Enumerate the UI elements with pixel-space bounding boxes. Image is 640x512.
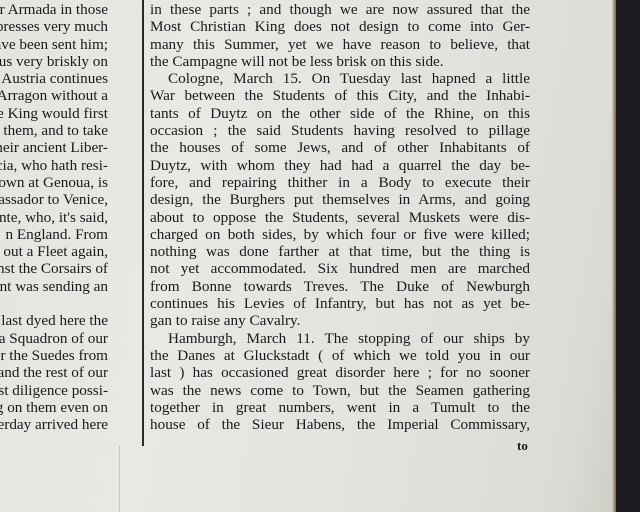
- text-line: the King would first: [0, 105, 108, 122]
- catchword: to: [517, 438, 528, 454]
- text-line: design, the Burghers put themselves in A…: [150, 191, 530, 208]
- text-line: tants of Duytz on the other side of the …: [150, 105, 530, 122]
- faint-fold-line: [119, 446, 120, 512]
- text-line: many this Summer, yet we have reason to …: [150, 36, 530, 53]
- text-line: the houses of some Jews, and of other In…: [150, 139, 530, 156]
- text-line: rcia, who hath resi-: [0, 157, 108, 174]
- text-line: War between the Students of this City, a…: [150, 87, 530, 104]
- text-line: the Campagne will not be less brisk on t…: [150, 53, 530, 70]
- text-line: g on them even on: [0, 399, 108, 416]
- text-line: occasion ; the said Students having reso…: [150, 122, 530, 139]
- left-column: ur Armada in those presses very much hav…: [0, 1, 108, 433]
- paper-edge: [612, 0, 616, 512]
- text-line: presses very much: [0, 18, 108, 35]
- text-line: gan to raise any Cavalry.: [150, 312, 530, 329]
- text-line: about to oppose the Students, several Mu…: [150, 209, 530, 226]
- right-column: in these parts ; and though we are now a…: [150, 1, 530, 433]
- text-line: a Squadron of our: [0, 330, 108, 347]
- text-line: have been sent him;: [0, 36, 108, 53]
- dateline-cologne: Cologne, March 15. On Tuesday last hapne…: [150, 70, 530, 87]
- text-line: terday arrived here: [0, 416, 108, 433]
- text-line: was the news come to Town, but the Seame…: [150, 382, 530, 399]
- text-line: nothing was done farther at that time, b…: [150, 243, 530, 260]
- text-line: ; and the rest of our: [0, 364, 108, 381]
- text-line: their ancient Liber-: [0, 139, 108, 156]
- text-line: Arragon without a: [0, 87, 108, 104]
- text-line: bassador to Venice,: [0, 191, 108, 208]
- text-line: g out a Fleet again,: [0, 243, 108, 260]
- text-line: together in great numbers, went in a Tum…: [150, 399, 530, 416]
- text-line: last ) has occasioned great disorder her…: [150, 364, 530, 381]
- column-rule: [142, 0, 144, 446]
- text-line: charged on both sides, by which four or …: [150, 226, 530, 243]
- paragraph-gap: [0, 295, 108, 312]
- text-line: Most Christian King does not design to c…: [150, 18, 530, 35]
- text-line: f Austria continues: [0, 70, 108, 87]
- newspaper-page: ur Armada in those presses very much hav…: [0, 0, 614, 512]
- text-line: in these parts ; and though we are now a…: [150, 1, 530, 18]
- text-line: continues his Levies of Infantry, but ha…: [150, 295, 530, 312]
- text-line: us very briskly on: [0, 53, 108, 70]
- text-line: fore, and repairing thither in a Body to…: [150, 174, 530, 191]
- text-line: house of the Sieur Habens, the Imperial …: [150, 416, 530, 433]
- dateline-hamburgh: Hamburgh, March 11. The stopping of our …: [150, 330, 530, 347]
- text-line: eest diligence possi-: [0, 382, 108, 399]
- text-line: n England. From: [0, 226, 108, 243]
- text-line: them, and to take: [0, 122, 108, 139]
- text-line: ainst the Corsairs of: [0, 260, 108, 277]
- text-line: ent was sending an: [0, 278, 108, 295]
- text-line: ur Armada in those: [0, 1, 108, 18]
- text-line: y last dyed here the: [0, 312, 108, 329]
- text-line: the Danes at Gluckstadt ( of which we to…: [150, 347, 530, 364]
- text-line: rown at Genoua, is: [0, 174, 108, 191]
- text-line: er the Suedes from: [0, 347, 108, 364]
- text-line: Duytz, with whom they had had a quarrel …: [150, 157, 530, 174]
- text-line: not yet accommodated. Six hundred men ar…: [150, 260, 530, 277]
- text-line: ente, who, it's said,: [0, 209, 108, 226]
- text-line: from Bonne towards Treves. The Duke of N…: [150, 278, 530, 295]
